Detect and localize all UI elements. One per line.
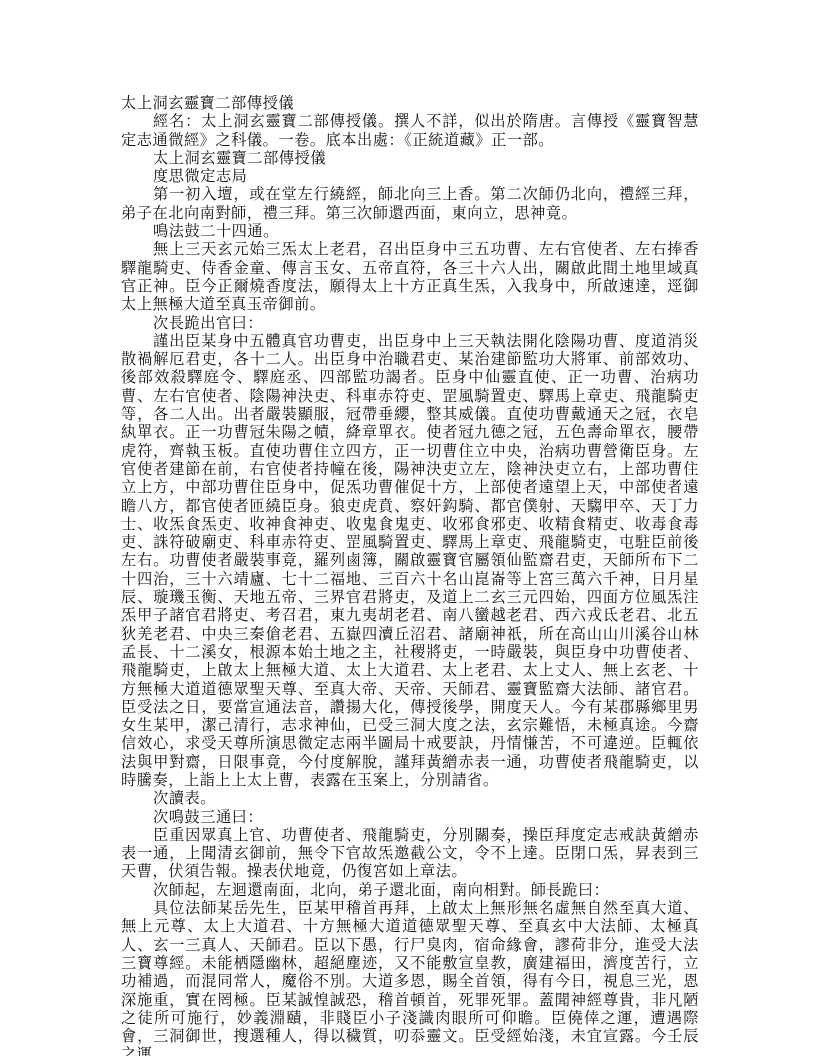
paragraph-memorial-dispatch: 臣重因眾真上官、功曹使者、飛龍騎吏，分別關奏，操臣拜度定志戒訣黃繒赤表一通，上聞… [121,826,699,881]
paragraph-entering-altar: 第一初入壇，或在堂左行繞經，師北向三上香。第二次師仍北向，禮經三拜，弟子在北向南… [121,185,699,222]
paragraph-invocation: 無上三天玄元始三炁太上老君，召出臣身中三五功曹、左右官使者、左右捧香驛龍騎吏、侍… [121,240,699,313]
paragraph-master-rises: 次師起，左迴還南面，北向，弟子還北面，南向相對。師長跪曰： [121,881,699,899]
paragraph-drum-24: 鳴法鼓二十四通。 [121,222,699,240]
paragraph-read-memorial: 次讀表。 [121,789,699,807]
paragraph-master-prayer: 具位法師某岳先生，臣某甲稽首再拜，上啟太上無形無名虛無自然至真大道、無上元尊、太… [121,899,699,1056]
paragraph-kneel-officials: 次長跪出官曰： [121,314,699,332]
paragraph-subtitle: 太上洞玄靈寶二部傳授儀 [121,149,699,167]
paragraph-drum-3: 次鳴鼓三通曰： [121,808,699,826]
document-title: 太上洞玄靈寶二部傳授儀 [121,94,699,112]
document-page: 太上洞玄靈寶二部傳授儀 經名：太上洞玄靈寶二部傳授儀。撰人不詳，似出於隋唐。言傳… [121,94,699,1056]
paragraph-section-heading: 度思微定志局 [121,167,699,185]
paragraph-summoning-officials: 謹出臣某身中五體真官功曹吏，出臣身中上三天執法開化陰陽功曹、度道消災散禍解厄君吏… [121,332,699,789]
paragraph-scripture-note: 經名：太上洞玄靈寶二部傳授儀。撰人不詳，似出於隋唐。言傳授《靈寶智慧定志通微經》… [121,112,699,149]
